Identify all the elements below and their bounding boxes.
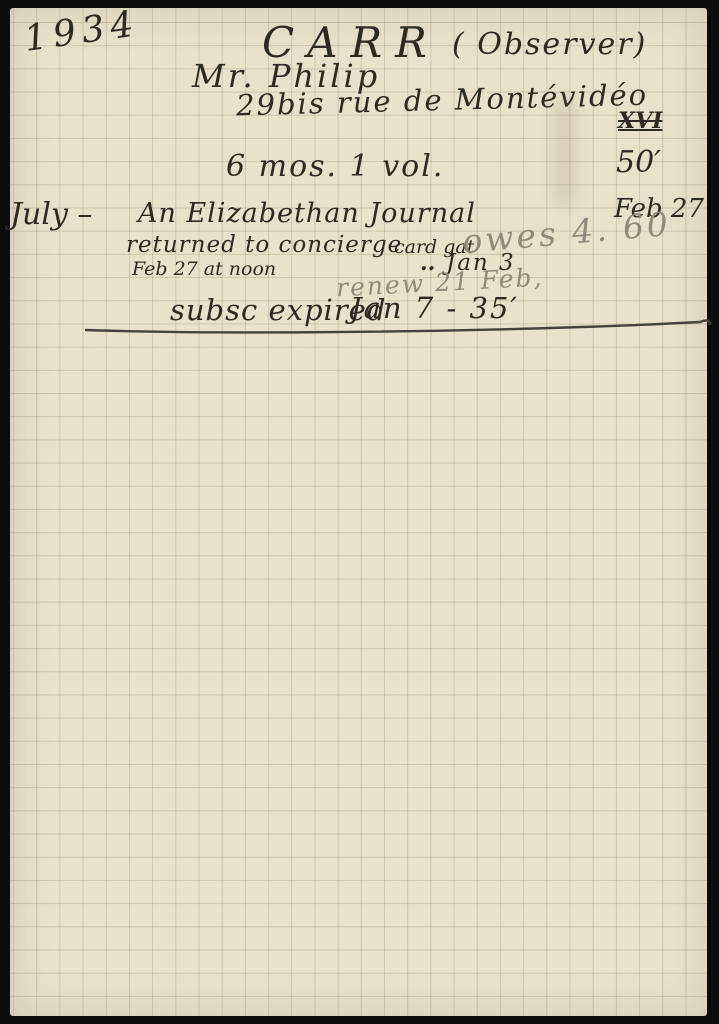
hand-drawn-rule [82,316,716,338]
scan-background: 1934 CARR ( Observer) Mr. Philip 29bis r… [0,0,719,1024]
surname-annotation: ( Observer) [452,30,647,60]
subscription-terms: 6 mos. 1 vol. [226,152,444,182]
margin-month: July – [10,200,92,230]
subscription-price: 50′ [616,148,661,178]
returned-when-note: Feb 27 at noon [132,260,276,279]
district-struck-out: XVI [618,110,662,132]
year-label: 1934 [22,6,142,58]
returned-note: returned to concierge [126,234,402,257]
pencil-smudge [552,96,578,208]
borrowed-book-title: An Elizabethan Journal [138,200,476,227]
member-address: 29bis rue de Montévidéo [236,81,649,121]
library-card: 1934 CARR ( Observer) Mr. Philip 29bis r… [10,8,707,1016]
